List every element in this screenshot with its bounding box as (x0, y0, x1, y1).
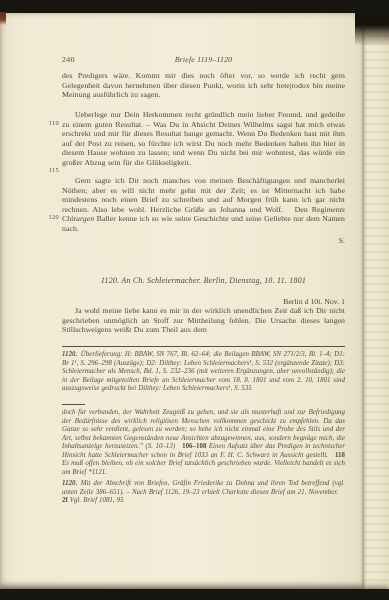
letter-1120-opening: Ja wohl meine liebe kann es mir in der w… (62, 306, 345, 335)
scanned-book-page: 240 Briefe 1119–1120 110 115 120 des Pre… (0, 0, 389, 600)
scan-bottom-bar (0, 589, 389, 600)
footnote-separator-rule (62, 404, 85, 405)
letter-1119-paragraph-3: Gern sagte ich Dir noch manches von mein… (62, 176, 345, 233)
page-number: 240 (62, 55, 75, 64)
book-spine-edge (0, 12, 6, 25)
letter-1119-paragraph-1: des Predigers wäre. Kommt mir dies noch … (62, 71, 345, 100)
apparatus-footnote-continuation: doch für verbunden, der Wahrheit Zeugniß… (62, 409, 345, 477)
letter-1120-heading: 1120. An Ch. Schleiermacher. Berlin, Die… (52, 276, 355, 285)
letter-1119-paragraph-2: Ueberlege nur Dein Herkommen recht gründ… (62, 110, 345, 167)
scan-top-bar (0, 0, 389, 13)
apparatus-divider-rule (62, 346, 345, 347)
apparatus-kommentar: 1120. Mit der Abschrift von Briefen, Grä… (62, 480, 345, 506)
margin-line-number-115: 115 (44, 166, 59, 176)
page-header: 240 Briefe 1119–1120 (62, 55, 345, 67)
letter-signature: S. (62, 236, 345, 245)
apparatus-ueberlieferung: 1120. Überlieferung: H: BBAW, SN 767, Bl… (62, 351, 345, 394)
running-title: Briefe 1119–1120 (62, 55, 345, 64)
page-content: 240 Briefe 1119–1120 110 115 120 des Pre… (0, 0, 389, 600)
margin-line-number-120: 120 (44, 213, 59, 223)
margin-line-number-110: 110 (44, 119, 59, 129)
letter-1120-dateline: Berlin d 10t. Nov. 1 (62, 297, 345, 306)
